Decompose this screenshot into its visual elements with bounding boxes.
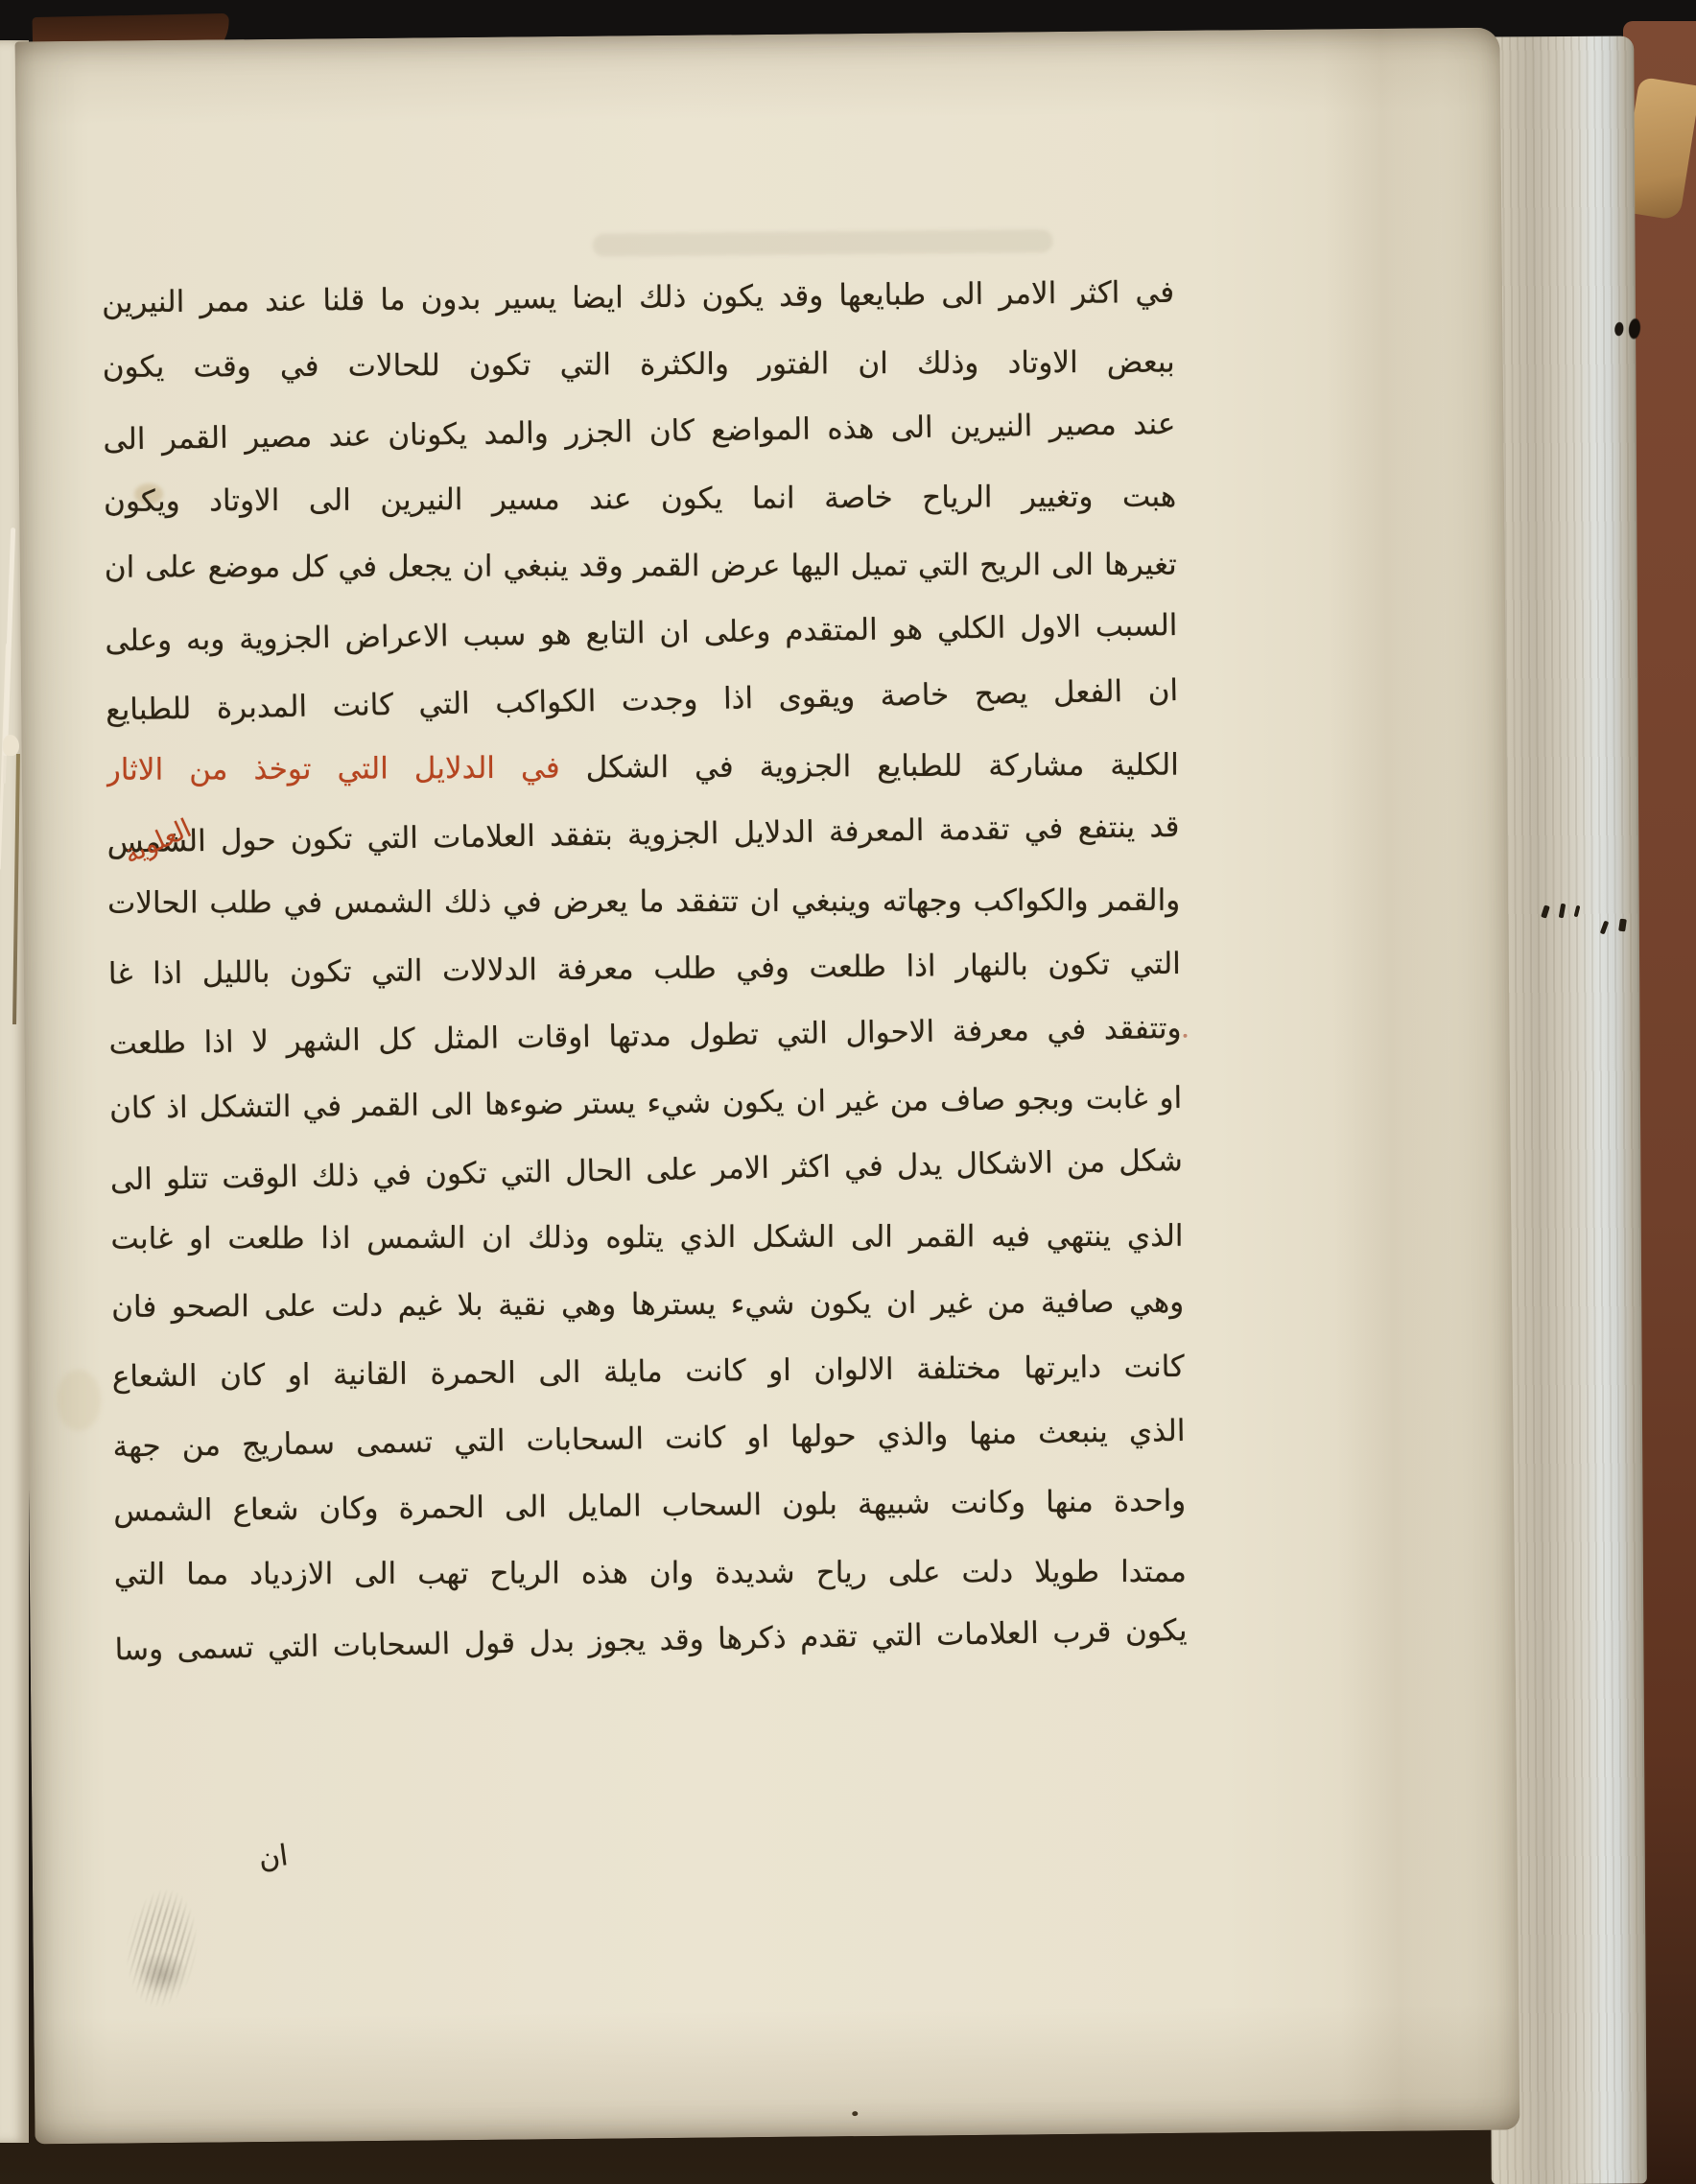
red-ink-text: في الدلايل التي توخذ من الاثار: [106, 751, 560, 787]
manuscript-photo: في اكثر الامر الى طبايعها وقد يكون ذلك ا…: [0, 0, 1696, 2184]
ink-smudge-fingerprint: [107, 1866, 217, 2031]
black-ink-text: واحدة منها وكانت شبيهة بلون السحاب الماي…: [113, 1484, 1186, 1529]
black-ink-text: وهي صافية من غير ان يكون شيء يسترها وهي …: [111, 1285, 1184, 1325]
manuscript-line: يكون قرب العلامات التي تقدم ذكرها وقد يج…: [114, 1597, 1188, 1683]
black-ink-text: وتتفقد في معرفة الاحوال التي تطول مدتها …: [108, 1011, 1181, 1062]
manuscript-line: الذي ينتهي فيه القمر الى الشكل الذي يتلو…: [110, 1203, 1183, 1273]
black-ink-text: الذي ينتهي فيه القمر الى الشكل الذي يتلو…: [110, 1219, 1183, 1256]
manuscript-line: ببعض الاوتاد وذلك ان الفتور والكثرة التي…: [103, 329, 1175, 401]
text-block: في اكثر الامر الى طبايعها وقد يكون ذلك ا…: [102, 259, 1188, 1679]
black-ink-text: التي تكون بالنهار اذا طلعت وفي طلب معرفة…: [108, 947, 1181, 992]
manuscript-line: تغيرها الى الريح التي تميل اليها عرض الق…: [105, 531, 1177, 601]
manuscript-line: قد ينتفع في تقدمة المعرفة الدلايل الجزوي…: [106, 793, 1180, 877]
fore-edge-ink-mark: [1610, 305, 1646, 350]
fore-edge-tick-marks: [1539, 900, 1638, 942]
black-ink-text: تغيرها الى الريح التي تميل اليها عرض الق…: [105, 548, 1177, 585]
black-ink-text: ممتدا طويلا دلت على رياح شديدة وان هذه ا…: [114, 1555, 1187, 1592]
manuscript-line: هبت وتغيير الرياح خاصة انما يكون عند مسي…: [104, 463, 1176, 535]
ink-speck: [1184, 1034, 1188, 1038]
manuscript-line: واحدة منها وكانت شبيهة بلون السحاب الماي…: [113, 1468, 1187, 1545]
manuscript-line: عند مصير النيرين الى هذه المواضع كان الج…: [103, 390, 1176, 474]
black-ink-text: الذي ينبعث منها والذي حولها او كانت السح…: [112, 1414, 1185, 1465]
black-ink-text: هبت وتغيير الرياح خاصة انما يكون عند مسي…: [104, 480, 1176, 519]
manuscript-line: وهي صافية من غير ان يكون شيء يسترها وهي …: [111, 1269, 1184, 1341]
ink-showthrough: [592, 229, 1052, 257]
black-ink-text: السبب الاول الكلي هو المتقدم وعلى ان الت…: [105, 608, 1177, 659]
black-ink-text: يكون قرب العلامات التي تقدم ذكرها وقد يج…: [114, 1613, 1187, 1667]
ink-speck: [852, 2111, 858, 2116]
black-ink-text: في اكثر الامر الى طبايعها وقد يكون ذلك ا…: [102, 275, 1174, 320]
paper-stain: [57, 1370, 102, 1431]
black-ink-text: والقمر والكواكب وجهاته وينبغي ان تتفقد م…: [107, 883, 1180, 921]
black-ink-text: الكلية مشاركة للطبايع الجزوية في الشكل: [586, 748, 1179, 786]
manuscript-page: في اكثر الامر الى طبايعها وقد يكون ذلك ا…: [15, 28, 1520, 2145]
sewing-thread-knot: [3, 735, 19, 756]
manuscript-line: الكلية مشاركة للطبايع الجزوية في الشكل ف…: [106, 732, 1179, 804]
manuscript-line: في اكثر الامر الى طبايعها وقد يكون ذلك ا…: [102, 259, 1175, 337]
catchword: ان: [257, 1839, 291, 1876]
black-ink-text: عند مصير النيرين الى هذه المواضع كان الج…: [103, 407, 1175, 458]
manuscript-line: ممتدا طويلا دلت على رياح شديدة وان هذه ا…: [114, 1538, 1187, 1609]
black-ink-text: ببعض الاوتاد وذلك ان الفتور والكثرة التي…: [103, 345, 1175, 385]
black-ink-text: كانت دايرتها مختلفة الالوان او كانت مايل…: [112, 1350, 1185, 1395]
black-ink-text: ان الفعل يصح خاصة ويقوى اذا وجدت الكواكب…: [106, 673, 1178, 727]
black-ink-text: قد ينتفع في تقدمة المعرفة الدلايل الجزوي…: [106, 810, 1179, 860]
manuscript-line: والقمر والكواكب وجهاته وينبغي ان تتفقد م…: [107, 867, 1180, 937]
